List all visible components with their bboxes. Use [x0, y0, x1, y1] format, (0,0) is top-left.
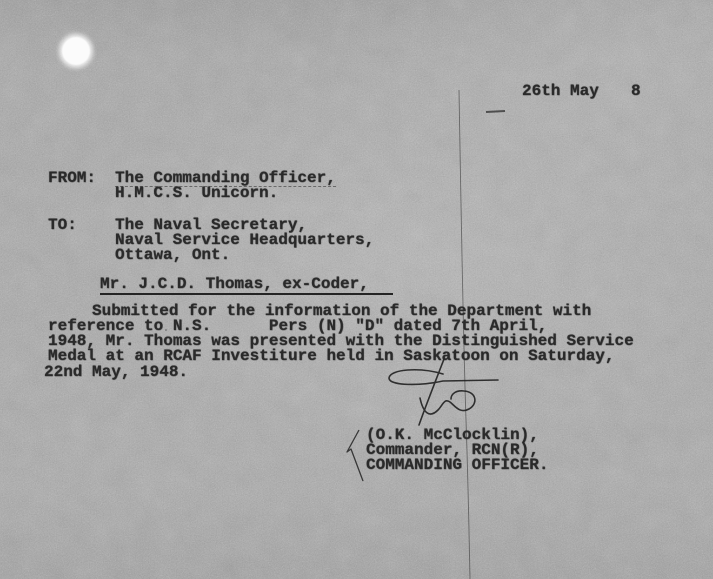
body-line-5: 22nd May, 1948.	[44, 365, 188, 380]
date-underline-mark	[486, 111, 505, 112]
scanned-letter-page: 26th May 8 FROM: The Commanding Officer,…	[0, 0, 713, 579]
date-line: 26th May	[522, 84, 599, 99]
to-label: TO:	[48, 218, 77, 233]
subject-line: Mr. J.C.D. Thomas, ex-Coder,	[100, 277, 393, 295]
pen-checkmark	[347, 430, 363, 481]
from-label: FROM:	[48, 171, 96, 186]
page-number: 8	[631, 84, 641, 99]
to-line-3: Ottawa, Ont.	[115, 248, 230, 263]
signatory-title: COMMANDING OFFICER.	[366, 458, 548, 473]
from-line-2: H.M.C.S. Unicorn.	[115, 186, 278, 201]
handwritten-signature	[389, 359, 498, 425]
body-line-4: Medal at an RCAF Investiture held in Sas…	[48, 349, 615, 364]
